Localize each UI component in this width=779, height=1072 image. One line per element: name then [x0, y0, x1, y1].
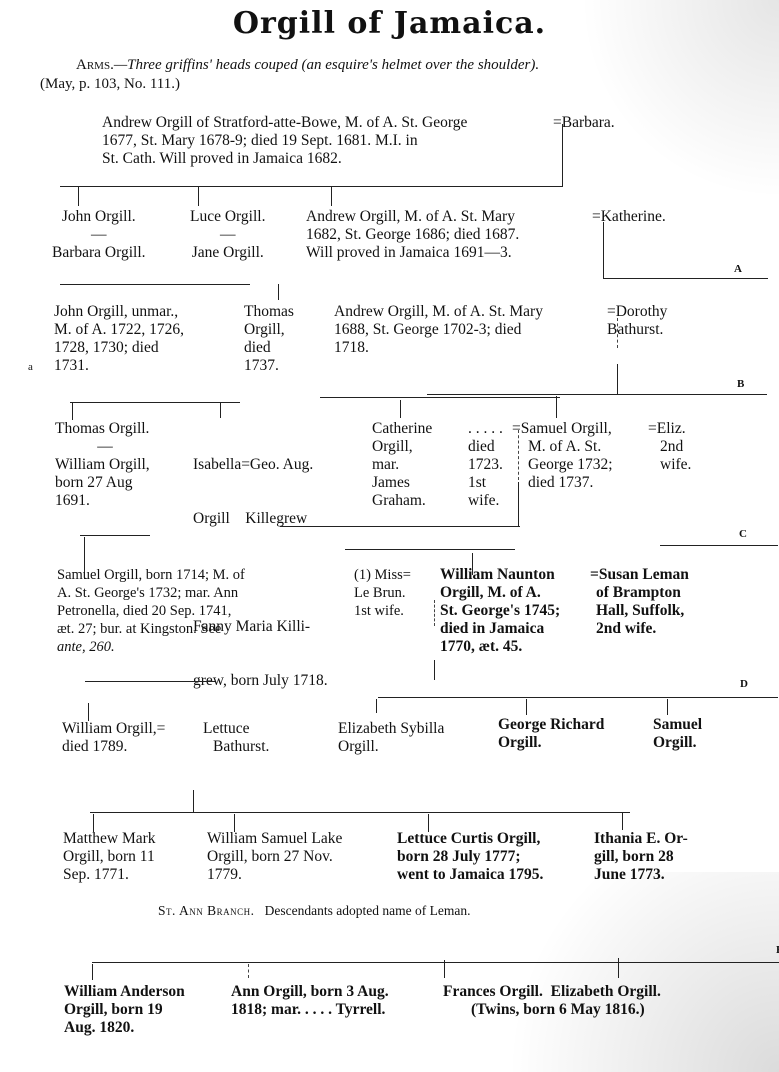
drop-line [88, 703, 89, 721]
marker-c: C [739, 528, 747, 540]
person-william-orgill-1789: William Orgill,= died 1789. [62, 720, 165, 756]
person-elizabeth-sybilla-orgill: Elizabeth Sybilla Orgill. [338, 720, 444, 756]
person-thomas-orgill: Thomas Orgill. — William Orgill, born 27… [55, 420, 155, 510]
descent-line-dashed [617, 318, 618, 348]
person-matthew-mark-orgill: Matthew Mark Orgill, born 11 Sep. 1771. [63, 830, 156, 884]
spouse-susan-leman: =Susan Leman of Brampton Hall, Suffolk, … [590, 566, 689, 638]
continuation-line [603, 278, 768, 279]
person-andrew-orgill-1718: Andrew Orgill, M. of A. St. Mary 1688, S… [334, 303, 543, 357]
spouse-eliz-2nd-wife: =Eliz. 2nd wife. [648, 420, 691, 474]
drop-line [444, 960, 445, 978]
sibling-line [70, 402, 240, 403]
person-isabella-orgill: Isabella=Geo. Aug. Orgill Killegrew Fann… [193, 420, 328, 708]
person-ithania-e-orgill: Ithania E. Or- gill, born 28 June 1773. [594, 830, 688, 884]
drop-line [526, 699, 527, 715]
marker-d: D [740, 678, 748, 690]
twins-frances-elizabeth-orgill: Frances Orgill. Elizabeth Orgill. (Twins… [443, 983, 661, 1019]
drop-line [92, 964, 93, 980]
drop-line [248, 964, 249, 978]
person-william-samuel-lake-orgill: William Samuel Lake Orgill, born 27 Nov.… [207, 830, 342, 884]
sibling-line [320, 397, 560, 398]
drop-line [331, 186, 332, 206]
person-catherine-orgill: Catherine Orgill, mar. James Graham. [372, 420, 432, 510]
arms-blazon: Arms.—Three griffins' heads couped (an e… [76, 57, 539, 74]
arms-text: —Three griffins' heads couped (an esquir… [114, 57, 539, 73]
drop-line [78, 186, 79, 206]
person-samuel-orgill-gen6: Samuel Orgill. [653, 716, 702, 752]
person-john-orgill: John Orgill. — Barbara Orgill. [52, 208, 146, 262]
sibling-line [60, 284, 250, 285]
person-samuel-orgill-1737: =Samuel Orgill, M. of A. St. George 1732… [512, 420, 613, 492]
sibling-line [90, 812, 630, 813]
drop-line [622, 812, 623, 830]
person-andrew-orgill-senior: Andrew Orgill of Stratford-atte-Bowe, M.… [102, 114, 467, 168]
drop-line [556, 396, 557, 418]
drop-line [72, 402, 73, 420]
drop-line [667, 699, 668, 715]
person-john-orgill-unmar: John Orgill, unmar., M. of A. 1722, 1726… [54, 303, 230, 375]
spouse-miss-le-brun: (1) Miss= Le Brun. 1st wife. [354, 566, 411, 620]
descent-line-dashed [518, 430, 519, 480]
drop-line [618, 958, 619, 978]
continuation-line [660, 545, 778, 546]
paper-speckle-bottom [449, 872, 779, 1072]
st-ann-branch-heading: St. Ann Branch. Descendants adopted name… [158, 903, 470, 919]
drop-line [376, 699, 377, 713]
person-lettuce-curtis-orgill: Lettuce Curtis Orgill, born 28 July 1777… [397, 830, 543, 884]
descent-line [518, 482, 519, 526]
drop-line [220, 402, 221, 418]
arms-source: (May, p. 103, No. 111.) [40, 76, 180, 93]
person-william-naunton-orgill: William Naunton Orgill, M. of A. St. Geo… [440, 566, 560, 656]
sibling-line [60, 186, 563, 187]
spouse-lettuce-bathurst: Lettuce Bathurst. [203, 720, 269, 756]
sibling-line [345, 549, 515, 550]
descent-line [434, 660, 435, 680]
continuation-line [427, 394, 767, 395]
sibling-line [92, 962, 779, 963]
descent-line [562, 124, 563, 186]
first-wife-unknown: . . . . . died 1723. 1st wife. [468, 420, 503, 510]
marker-a: A [734, 263, 742, 275]
descent-line [617, 364, 618, 394]
descent-line [603, 222, 604, 278]
person-samuel-orgill-1714: Samuel Orgill, born 1714; M. of A. St. G… [57, 566, 285, 656]
person-thomas-orgill-1737: Thomas Orgill, died 1737. [244, 303, 294, 375]
drop-line [400, 400, 401, 418]
sibling-line [85, 681, 215, 682]
drop-line [198, 186, 199, 206]
person-elizabeth-orgill: Elizabeth Orgill. [551, 983, 661, 1000]
person-ann-orgill: Ann Orgill, born 3 Aug. 1818; mar. . . .… [231, 983, 389, 1019]
page-title: Orgill of Jamaica. [0, 6, 779, 41]
descent-line [193, 790, 194, 812]
person-george-richard-orgill: George Richard Orgill. [498, 716, 604, 752]
person-william-anderson-orgill: William Anderson Orgill, born 19 Aug. 18… [64, 983, 185, 1037]
sibling-line [280, 526, 520, 527]
drop-line [278, 284, 279, 300]
margin-mark: a [28, 358, 33, 376]
sibling-line [378, 697, 778, 698]
person-frances-orgill: Frances Orgill. [443, 983, 543, 1000]
sibling-line [80, 535, 150, 536]
marker-b: B [737, 378, 744, 390]
descent-line-dashed [434, 600, 435, 626]
arms-label: Arms. [76, 57, 114, 73]
person-luce-orgill: Luce Orgill. — Jane Orgill. [190, 208, 265, 262]
person-andrew-orgill-1687: Andrew Orgill, M. of A. St. Mary 1682, S… [306, 208, 519, 262]
